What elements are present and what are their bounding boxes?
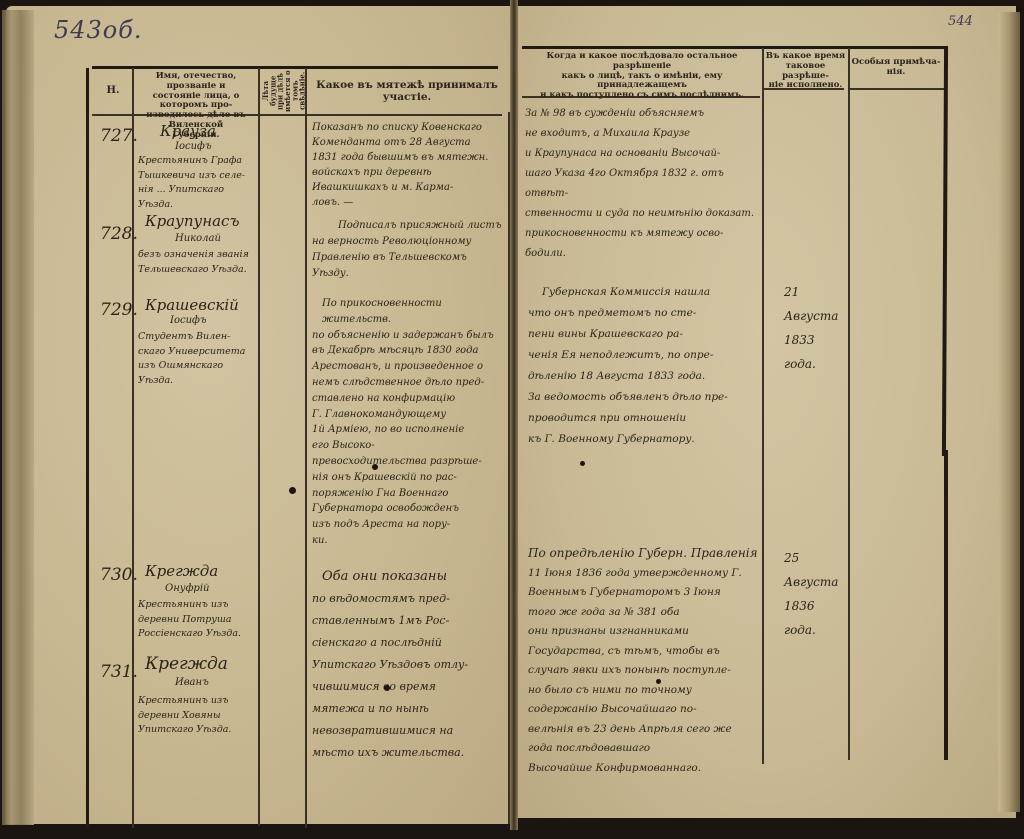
- resolution-line: что онъ предметомъ по сте-: [528, 303, 764, 324]
- header-name-line: состояніе лица, о которомъ про-: [134, 92, 258, 112]
- participation-line: ловъ. —: [312, 195, 508, 210]
- participation-line: ставлено на конфирмацію: [312, 391, 508, 407]
- entry-executed-date: 21 Августа 1833 года.: [784, 280, 848, 376]
- entry-participation: Подписалъ присяжный листъ на верность Ре…: [312, 218, 508, 282]
- resolution-line: того же года за № 381 оба: [528, 603, 764, 623]
- entry-surname: Крашевскій: [145, 298, 239, 313]
- participation-line: Ивашкишкахъ и м. Карма-: [312, 180, 508, 195]
- participation-line: сіенскаго а послѣдній: [312, 632, 508, 654]
- header-number: Н.: [95, 85, 131, 97]
- entry-surname: Крегжда: [145, 656, 228, 673]
- entry-given-name: Іосифъ: [170, 314, 207, 329]
- participation-line: Упитскаго Уѣздовъ отлу-: [312, 654, 508, 676]
- right-col-rule-2: [848, 48, 850, 760]
- description-line: Крестьянинъ Графа: [138, 154, 258, 169]
- left-col-rule-2-header: [258, 68, 260, 116]
- resolution-line: Высочайше Конфирмованнаго.: [528, 759, 764, 779]
- entry-given-name: Николай: [175, 232, 221, 247]
- entry-number: 729.: [100, 302, 138, 319]
- resolution-line: къ Г. Военному Губернатору.: [528, 429, 764, 450]
- left-outer-rule: [86, 68, 89, 828]
- left-header-top-rule: [92, 66, 498, 69]
- entry-description: Крестьянинъ изъ деревни Потруша Россіенс…: [138, 598, 258, 642]
- ink-blot: [656, 679, 661, 684]
- description-line: Упитскаго Уѣзда.: [138, 723, 258, 738]
- participation-line: въ Декабрѣ мѣсяцѣ 1830 года: [312, 343, 508, 359]
- resolution-line: Губернская Коммиссія нашла: [528, 282, 764, 303]
- participation-line: поряженію Гна Военнаго: [312, 486, 508, 502]
- header-executed: Въ какое время таковое разрѣше- ніе испо…: [763, 52, 848, 91]
- executed-line: 1836 года.: [784, 594, 848, 642]
- participation-line: войскахъ при деревнѣ: [312, 165, 508, 180]
- resolution-line: За № 98 въ сужденіи объясняемъ: [525, 104, 761, 124]
- resolution-line: велѣнія въ 23 день Апрѣля сего же: [528, 720, 764, 740]
- participation-line: ставленнымъ 1мъ Рос-: [312, 610, 508, 632]
- resolution-line: случаѣ явки ихъ понынѣ поступле-: [528, 661, 764, 681]
- resolution-line: Военнымъ Губернаторомъ 3 Іюня: [528, 583, 764, 603]
- resolution-line: они признаны изгнанниками: [528, 622, 764, 642]
- description-line: Уѣзда.: [138, 374, 258, 389]
- participation-line: изъ подъ Ареста на пору-: [312, 517, 508, 533]
- left-col-rule-4: [508, 112, 510, 824]
- ink-blot: [384, 685, 390, 691]
- participation-line: нія онъ Крашевскій по рас-: [312, 470, 508, 486]
- entry-given-name: Іосифъ: [175, 140, 212, 155]
- header-executed-line: таковое разрѣше-: [763, 62, 848, 82]
- entry-resolution: По опредѣленію Губерн. Правленія 11 Іюня…: [528, 544, 764, 778]
- ink-blot: [372, 464, 378, 470]
- description-line: безъ означенія званія: [138, 248, 258, 263]
- participation-line: 1й Арміею, по во исполненіе: [312, 422, 508, 438]
- resolution-line: года послѣдовавшаго: [528, 739, 764, 759]
- ledger-spread: 543об. 544 Н. Имя, отечество, прозваніе …: [0, 0, 1024, 839]
- description-line: Крестьянинъ изъ: [138, 694, 258, 709]
- right-header-bottom-rule-3: [850, 88, 944, 90]
- participation-line: Оба они показаны: [312, 566, 508, 588]
- participation-line: по вѣдомостямъ пред-: [312, 588, 508, 610]
- participation-line: Коменданта отъ 28 Августа: [312, 135, 508, 150]
- right-header-top-rule: [522, 46, 947, 49]
- participation-line: ки.: [312, 533, 508, 549]
- right-outer-rule-lower: [944, 450, 948, 760]
- entry-number: 731.: [100, 664, 138, 681]
- participation-line: мятежа и по нынѣ: [312, 698, 508, 720]
- participation-line: невозвратившимися на: [312, 720, 508, 742]
- participation-line: 1831 года бывшимъ въ мятежн.: [312, 150, 508, 165]
- resolution-line: содержанію Высочайшаго по-: [528, 700, 764, 720]
- folio-number-left: 543об.: [54, 16, 143, 44]
- participation-line: по объясненію и задержанъ былъ: [312, 328, 508, 344]
- entry-participation: Оба они показаны по вѣдомостямъ пред- ст…: [312, 566, 508, 764]
- executed-line: 21 Августа: [784, 280, 848, 328]
- description-line: Студентъ Вилен-: [138, 330, 258, 345]
- executed-line: 1833 года.: [784, 328, 848, 376]
- right-page-edge: [998, 12, 1020, 812]
- header-name-line: Имя, отечество, прозваніе и: [134, 72, 258, 92]
- folio-number-right: 544: [948, 14, 973, 29]
- header-notes: Особыя примѣча- нія.: [849, 58, 943, 78]
- header-participation: Какое въ мятежѣ принималъ участіе.: [308, 79, 506, 103]
- participation-line: Г. Главнокомандующему: [312, 407, 508, 423]
- left-col-rule-1: [132, 68, 134, 828]
- entry-resolution: За № 98 въ сужденіи объясняемъ не входит…: [525, 104, 761, 264]
- entry-number: 727.: [100, 128, 138, 145]
- entry-number: 730.: [100, 567, 138, 584]
- header-present: Лѣта будуще при дѣлѣ имѣется о томъ свѣд…: [262, 70, 302, 112]
- entry-number: 728.: [100, 226, 138, 243]
- description-line: Тельшевскаго Уѣзда.: [138, 263, 258, 278]
- entry-participation: Показанъ по списку Ковенскаго Коменданта…: [312, 120, 508, 210]
- resolution-line: По опредѣленію Губерн. Правленія: [528, 544, 764, 564]
- description-line: Тышкевича изъ селе-: [138, 169, 258, 184]
- participation-line: немъ слѣдственное дѣло пред-: [312, 375, 508, 391]
- description-line: деревни Потруша: [138, 613, 258, 628]
- ink-blot: [289, 487, 296, 494]
- entry-description: Крестьянинъ изъ деревни Ховяны Упитскаго…: [138, 694, 258, 738]
- participation-line: По прикосновенности жительств.: [312, 296, 508, 328]
- header-resolution-line: и какъ поступлено съ симъ послѣднимъ.: [522, 91, 762, 101]
- resolution-line: прикосновенности къ мятежу осво-: [525, 224, 761, 244]
- entry-participation: По прикосновенности жительств. по объясн…: [312, 296, 508, 549]
- participation-line: Арестованъ, и произведенное о: [312, 359, 508, 375]
- participation-line: Правленію въ Тельшевскомъ: [312, 250, 508, 266]
- participation-line: Подписалъ присяжный листъ: [312, 218, 508, 234]
- description-line: деревни Ховяны: [138, 709, 258, 724]
- participation-line: мѣсто ихъ жительства.: [312, 742, 508, 764]
- description-line: Россіенскаго Уѣзда.: [138, 627, 258, 642]
- entry-executed-date: 25 Августа 1836 года.: [784, 546, 848, 642]
- entry-given-name: Онуфрій: [165, 582, 209, 597]
- participation-line: Губернатора освобожденъ: [312, 501, 508, 517]
- participation-line: превосходительства разрѣше-: [312, 454, 508, 470]
- description-line: Крестьянинъ изъ: [138, 598, 258, 613]
- resolution-line: бодили.: [525, 244, 761, 264]
- resolution-line: ченія Ея неподлежитъ, по опре-: [528, 345, 764, 366]
- description-line: изъ Ошмянскаго: [138, 359, 258, 374]
- resolution-line: Государства, съ тѣмъ, чтобы въ: [528, 642, 764, 662]
- entry-description: безъ означенія званія Тельшевскаго Уѣзда…: [138, 248, 258, 277]
- resolution-line: но было съ ними по точному: [528, 681, 764, 701]
- left-col-rule-3: [305, 68, 307, 828]
- executed-line: 25 Августа: [784, 546, 848, 594]
- resolution-line: и Краупунаса на основаніи Высочай-: [525, 144, 761, 164]
- entry-description: Студентъ Вилен- скаго Университета изъ О…: [138, 330, 258, 388]
- participation-line: его Высоко-: [312, 438, 508, 454]
- entry-resolution: Губернская Коммиссія нашла что онъ предм…: [528, 282, 764, 450]
- description-line: скаго Университета: [138, 345, 258, 360]
- resolution-line: 11 Іюня 1836 года утвержденному Г.: [528, 564, 764, 584]
- entry-surname: Крегжда: [145, 564, 218, 579]
- description-line: нія ... Упитскаго Уѣзда.: [138, 183, 258, 212]
- header-resolution: Когда и какое послѣдовало остальное разр…: [522, 52, 762, 101]
- resolution-line: проводится при отношеніи: [528, 408, 764, 429]
- participation-line: на верность Революціонному: [312, 234, 508, 250]
- entry-surname: Краупунасъ: [145, 214, 239, 229]
- header-executed-line: ніе исполнено.: [763, 81, 848, 91]
- participation-line: Уѣзду.: [312, 266, 508, 282]
- entry-description: Крестьянинъ Графа Тышкевича изъ селе- ні…: [138, 154, 258, 212]
- left-col-rule-2: [258, 116, 260, 826]
- entry-given-name: Иванъ: [175, 676, 209, 691]
- ink-blot: [580, 461, 585, 466]
- participation-line: чившимися во время: [312, 676, 508, 698]
- resolution-line: дѣленію 18 Августа 1833 года.: [528, 366, 764, 387]
- resolution-line: не входитъ, а Михаила Краузе: [525, 124, 761, 144]
- resolution-line: За ведомость объявленъ дѣло пре-: [528, 387, 764, 408]
- left-page-edge: [2, 10, 34, 825]
- resolution-line: шаго Указа 4го Октября 1832 г. отъ отвѣт…: [525, 164, 761, 204]
- header-resolution-line: какъ о лицѣ, такъ о имѣніи, ему принадле…: [522, 72, 762, 92]
- header-resolution-line: Когда и какое послѣдовало остальное разр…: [522, 52, 762, 72]
- participation-line: Показанъ по списку Ковенскаго: [312, 120, 508, 135]
- book-gutter: [510, 0, 518, 830]
- header-notes-line: нія.: [849, 68, 943, 78]
- resolution-line: пени вины Крашевскаго ра-: [528, 324, 764, 345]
- resolution-line: ственности и суда по неимѣнію доказат.: [525, 204, 761, 224]
- entry-surname: Крауза: [160, 124, 216, 139]
